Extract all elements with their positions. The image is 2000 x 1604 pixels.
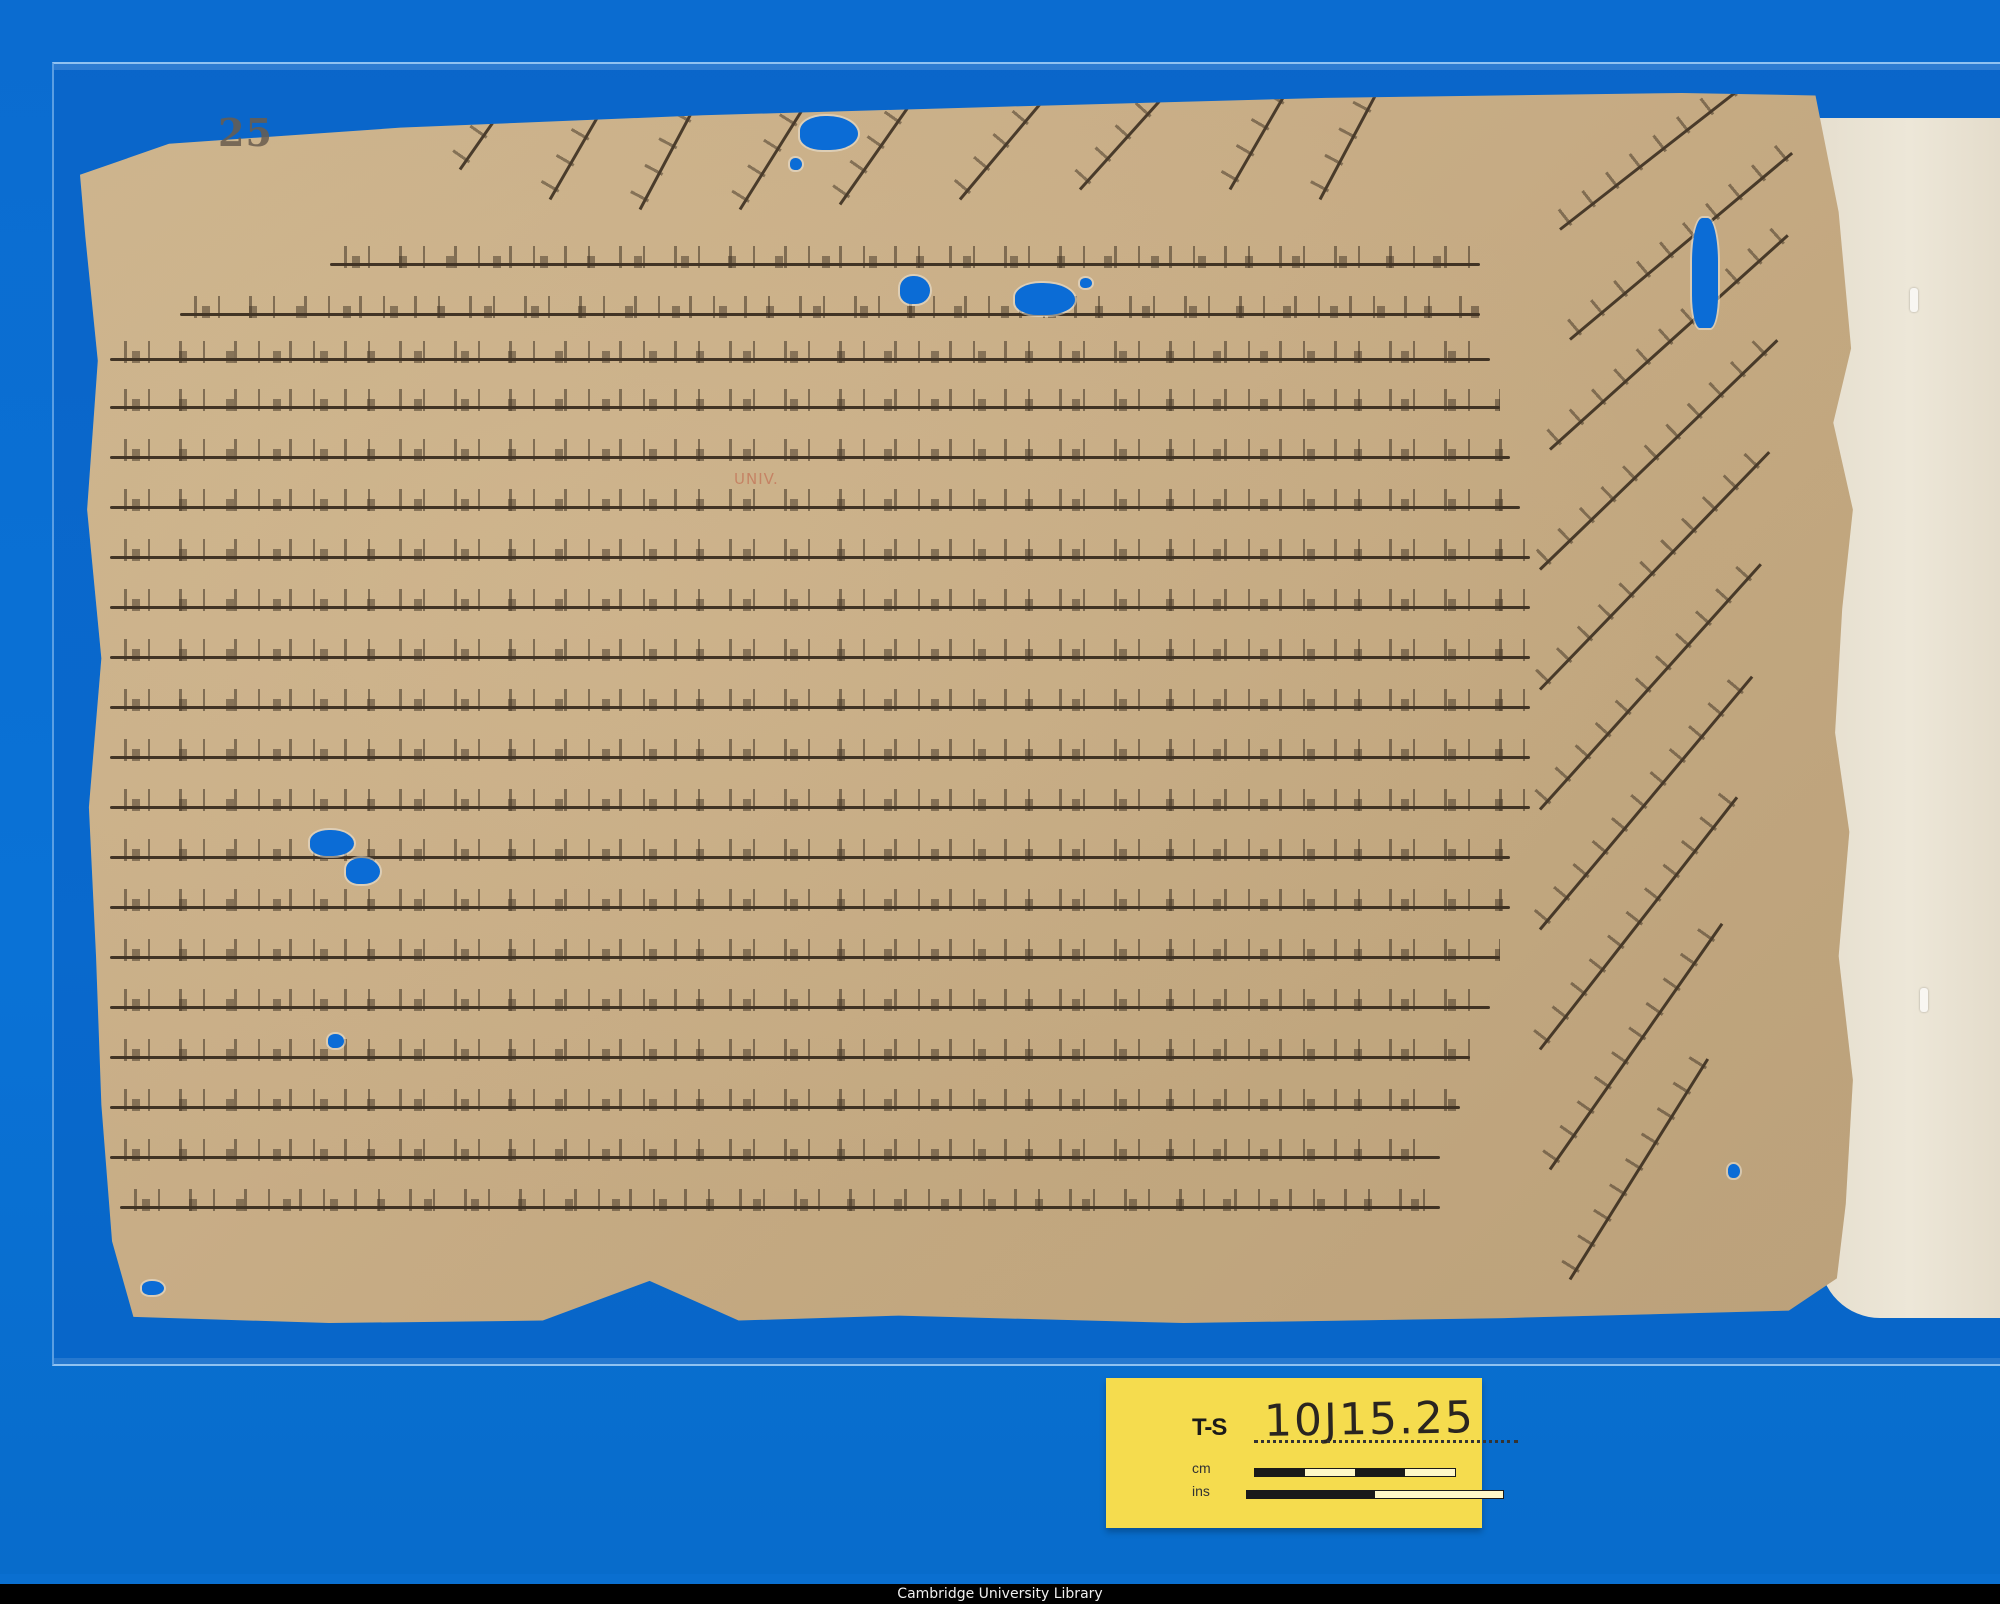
margin-note	[1319, 84, 1383, 200]
margin-note	[1229, 93, 1287, 190]
fragment-hole	[1015, 283, 1075, 315]
text-line	[330, 263, 1480, 266]
text-line	[110, 856, 1510, 859]
text-line	[110, 406, 1500, 409]
text-line	[110, 1106, 1460, 1109]
text-line	[110, 456, 1510, 459]
folio-number: 25	[218, 110, 273, 155]
scan-stage: 25 UNIV. T-S 10J15.25 cm ins	[0, 0, 2000, 1574]
manuscript-fragment	[80, 88, 1860, 1328]
shelfmark-number: 10J15.25	[1264, 1392, 1476, 1447]
scale-label-ins: ins	[1192, 1483, 1210, 1499]
text-line	[110, 1006, 1490, 1009]
text-line	[110, 906, 1510, 909]
fragment-hole	[328, 1034, 344, 1048]
fragment-hole	[790, 158, 802, 170]
text-line	[110, 1156, 1440, 1159]
text-line	[120, 1206, 1440, 1209]
fragment-hole	[900, 276, 930, 304]
ins-scale-bar	[1246, 1490, 1504, 1499]
text-line	[110, 756, 1530, 759]
mount-slit	[1910, 288, 1918, 312]
fragment-hole	[800, 116, 858, 150]
fragment-hole	[310, 830, 354, 856]
text-line	[110, 556, 1530, 559]
shelfmark-dotted-line	[1254, 1440, 1518, 1443]
cm-scale-bar	[1254, 1468, 1456, 1477]
fragment-hole	[142, 1281, 164, 1295]
fragment-hole	[1692, 218, 1718, 328]
text-line	[110, 656, 1530, 659]
text-line	[110, 1056, 1470, 1059]
text-line	[110, 506, 1520, 509]
library-stamp: UNIV.	[734, 470, 779, 488]
shelfmark-prefix: T-S	[1192, 1414, 1226, 1442]
text-line	[110, 956, 1500, 959]
margin-note	[1549, 923, 1724, 1170]
shelfmark-label: T-S 10J15.25 cm ins	[1106, 1378, 1482, 1528]
text-line	[110, 606, 1530, 609]
text-line	[110, 358, 1490, 361]
footer-caption: Cambridge University Library	[0, 1584, 2000, 1604]
mount-slit	[1920, 988, 1928, 1012]
text-line	[110, 706, 1530, 709]
text-line	[110, 806, 1530, 809]
fragment-hole	[346, 858, 380, 884]
scale-label-cm: cm	[1192, 1460, 1211, 1476]
fragment-hole	[1728, 1164, 1740, 1178]
text-line	[180, 313, 1480, 316]
fragment-hole	[1080, 278, 1092, 288]
